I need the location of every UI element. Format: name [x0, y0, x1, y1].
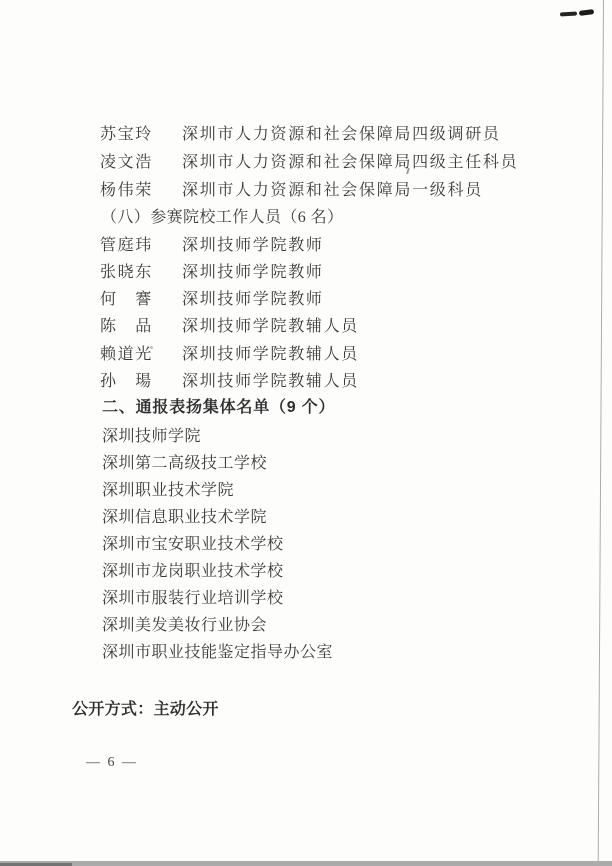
person-name: 管庭玮 — [100, 236, 182, 256]
collective-item: 深圳市龙岗职业技术学校 — [102, 562, 284, 582]
roster-row: 管庭玮深圳技师学院教师 — [100, 236, 324, 256]
person-title: 深圳市人力资源和社会保障局四级调研员 — [182, 126, 501, 143]
disclosure-method-line: 公开方式：主动公开 — [72, 699, 219, 720]
collective-item: 深圳第二高级技工学校 — [102, 454, 267, 474]
person-title: 深圳技师学院教辅人员 — [182, 373, 359, 390]
collective-item: 深圳市服装行业培训学校 — [102, 589, 284, 609]
person-name: 何 謇 — [100, 290, 182, 310]
person-title: 深圳技师学院教师 — [182, 237, 324, 254]
person-title: 深圳技师学院教辅人员 — [182, 346, 359, 363]
roster-row: 杨伟荣深圳市人力资源和社会保障局一级科员 — [100, 181, 483, 201]
collective-item: 深圳技师学院 — [102, 427, 201, 447]
roster-row: 苏宝玲深圳市人力资源和社会保障局四级调研员 — [100, 125, 501, 145]
collective-item: 深圳职业技术学院 — [102, 481, 234, 501]
roster-row: 陈 品深圳技师学院教辅人员 — [100, 317, 359, 337]
page-number: — 6 — — [86, 755, 138, 771]
person-title: 深圳市人力资源和社会保障局一级科员 — [182, 182, 483, 199]
person-title: 深圳市人力资源和社会保障局四级主任科员 — [182, 154, 518, 171]
collective-item: 深圳市宝安职业技术学校 — [102, 535, 284, 555]
person-title: 深圳技师学院教辅人员 — [182, 318, 359, 335]
pen-mark-icon — [579, 9, 594, 16]
collective-item: 深圳美发美妆行业协会 — [102, 616, 267, 636]
person-name: 凌文浩 — [100, 153, 182, 173]
roster-row: 张晓东深圳技师学院教师 — [100, 263, 324, 283]
person-title: 深圳技师学院教师 — [182, 291, 324, 308]
roster-row: 何 謇深圳技师学院教师 — [100, 290, 324, 310]
collective-item: 深圳市职业技能鉴定指导办公室 — [102, 643, 333, 663]
person-title: 深圳技师学院教师 — [182, 264, 324, 281]
collective-item: 深圳信息职业技术学院 — [102, 508, 267, 528]
scan-edge-line — [598, 0, 604, 866]
section-heading: 二、通报表扬集体名单（9 个） — [102, 397, 335, 418]
person-name: 孙 瑒 — [100, 372, 182, 392]
roster-row: 赖道光深圳技师学院教辅人员 — [100, 345, 359, 365]
pen-mark-icon — [560, 12, 577, 17]
roster-row: 凌文浩深圳市人力资源和社会保障局四级主任科员 — [100, 153, 518, 173]
scanned-document-page: 苏宝玲深圳市人力资源和社会保障局四级调研员 凌文浩深圳市人力资源和社会保障局四级… — [0, 0, 612, 866]
person-name: 赖道光 — [100, 345, 182, 365]
person-name: 张晓东 — [100, 263, 182, 283]
subsection-heading: （八）参赛院校工作人员（6 名） — [101, 208, 343, 228]
scan-bottom-strip — [0, 861, 612, 866]
person-name: 陈 品 — [100, 317, 182, 337]
roster-row: 孙 瑒深圳技师学院教辅人员 — [100, 372, 359, 392]
person-name: 杨伟荣 — [100, 181, 182, 201]
person-name: 苏宝玲 — [100, 125, 182, 145]
